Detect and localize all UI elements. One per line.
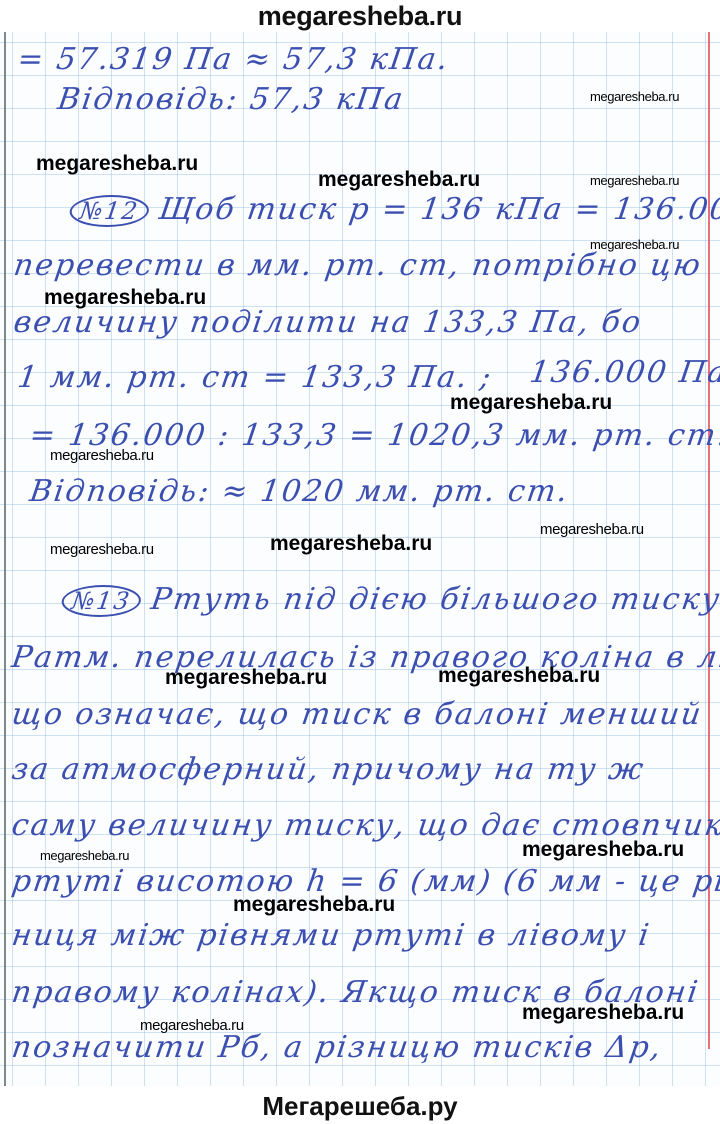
watermark: megaresheba.ru — [44, 286, 206, 310]
watermark: megaresheba.ru — [140, 1017, 244, 1034]
watermark: megaresheba.ru — [233, 893, 395, 917]
handwritten-line: позначити Pб, а різницю тисків Δp, — [10, 1030, 665, 1065]
watermark: megaresheba.ru — [318, 168, 480, 192]
handwritten-line: Ратм. перелилась із правого коліна в лів… — [10, 640, 720, 675]
handwritten-answer: Відповідь: 57,3 кПа — [56, 82, 407, 117]
problem-number-badge: №13 — [60, 585, 144, 617]
handwritten-text: Щоб тиск p = 136 кПа = 136.000 Па, — [157, 192, 720, 227]
handwritten-line: за атмосферний, причому на ту ж — [10, 752, 648, 787]
watermark: megaresheba.ru — [438, 664, 600, 688]
page-left-edge — [4, 32, 6, 1086]
watermark: megaresheba.ru — [590, 237, 679, 252]
handwritten-line: перевести в мм. рт. ст, потрібно цю — [12, 248, 705, 283]
handwritten-line: №12Щоб тиск p = 136 кПа = 136.000 Па, — [68, 192, 720, 227]
watermark: megaresheba.ru — [590, 89, 679, 104]
watermark: megaresheba.ru — [50, 447, 154, 464]
site-footer-title: Мегарешеба.ру — [0, 1088, 720, 1124]
problem-number-badge: №12 — [68, 195, 152, 227]
handwritten-line: ниця між рівнями ртуті в лівому і — [10, 918, 653, 953]
watermark: megaresheba.ru — [50, 541, 154, 558]
watermark: megaresheba.ru — [522, 1001, 684, 1025]
handwritten-line: величину поділити на 133,3 Па, бо — [12, 305, 645, 340]
watermark: megaresheba.ru — [36, 152, 198, 176]
watermark: megaresheba.ru — [270, 532, 432, 556]
handwritten-line: 136.000 Па = — [528, 355, 720, 390]
watermark: megaresheba.ru — [40, 848, 129, 863]
watermark: megaresheba.ru — [590, 173, 679, 188]
handwritten-line: №13Ртуть під дією більшого тиску- — [60, 582, 720, 617]
watermark: megaresheba.ru — [450, 391, 612, 415]
watermark: megaresheba.ru — [165, 666, 327, 690]
handwritten-line: = 57.319 Па ≈ 57,3 кПа. — [16, 42, 452, 77]
handwritten-line: 1 мм. рт. ст = 133,3 Па. ; — [16, 360, 495, 395]
site-header-title: megaresheba.ru — [0, 0, 720, 32]
watermark: megaresheba.ru — [540, 521, 644, 538]
watermark: megaresheba.ru — [522, 838, 684, 862]
handwritten-text: Ртуть під дією більшого тиску- — [149, 582, 720, 617]
handwritten-line: що означає, що тиск в балоні менший — [10, 697, 705, 732]
handwritten-answer: Відповідь: ≈ 1020 мм. рт. ст. — [28, 474, 572, 509]
